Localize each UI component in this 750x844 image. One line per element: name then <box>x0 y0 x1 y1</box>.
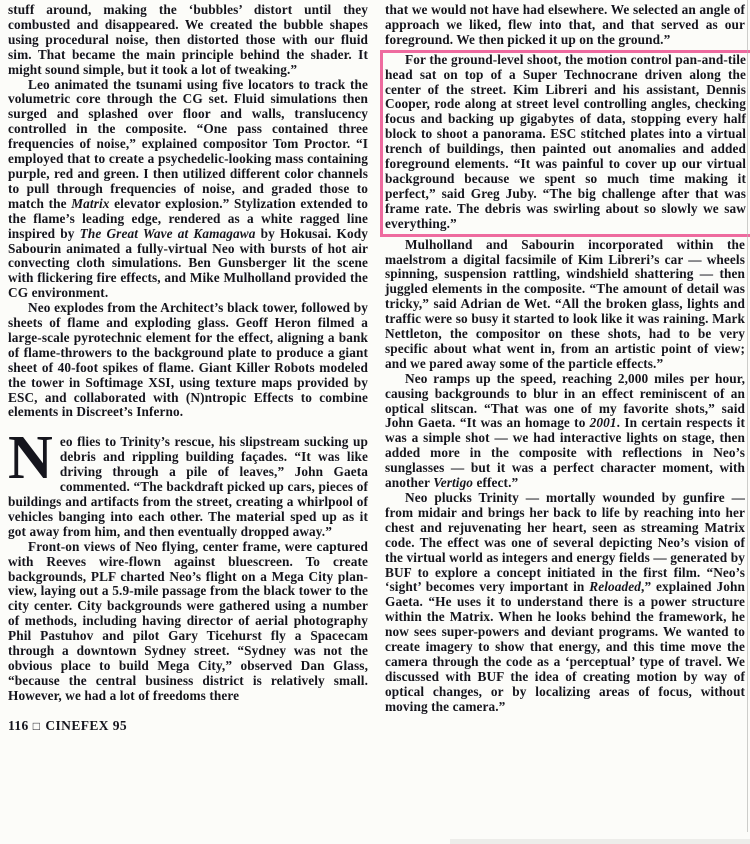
magazine-page: stuff around, making the ‘bubbles’ disto… <box>0 0 750 844</box>
body-text: that we would not have had elsewhere. We… <box>385 2 745 47</box>
body-text: Neo explodes from the Architect’s black … <box>8 300 368 419</box>
body-text: ,” explained John Gaeta. “He uses it to … <box>385 579 745 713</box>
italic-title-text: The Great Wave at Kamagawa <box>80 226 256 241</box>
left-column: stuff around, making the ‘bubbles’ disto… <box>8 3 368 844</box>
italic-title-text: Matrix <box>71 196 109 211</box>
highlight-box: For the ground-level shoot, the motion c… <box>380 50 750 237</box>
scan-bottom-shading <box>450 839 750 844</box>
body-paragraph: Neo explodes from the Architect’s black … <box>8 301 368 420</box>
italic-title-text: Vertigo <box>433 475 473 490</box>
body-paragraph: Front-on views of Neo flying, center fra… <box>8 540 368 704</box>
dropcap-paragraph: Neo flies to Trinity’s rescue, his slips… <box>8 435 368 539</box>
body-paragraph: that we would not have had elsewhere. We… <box>385 3 745 48</box>
square-glyph: □ <box>33 719 41 733</box>
body-text: For the ground-level shoot, the motion c… <box>385 52 746 231</box>
body-paragraph: Mulholland and Sabourin incorporated wit… <box>385 238 745 372</box>
body-paragraph: stuff around, making the ‘bubbles’ disto… <box>8 3 368 78</box>
page-footer: 116□CINEFEX 95 <box>8 718 368 734</box>
italic-title-text: 2001 <box>590 415 617 430</box>
page-number: 116 <box>8 718 29 733</box>
right-column: that we would not have had elsewhere. We… <box>385 3 745 844</box>
body-paragraph: Neo ramps up the speed, reaching 2,000 m… <box>385 372 745 491</box>
body-text: Mulholland and Sabourin incorporated wit… <box>385 237 745 371</box>
body-paragraph: Leo animated the tsunami using five loca… <box>8 78 368 302</box>
dropcap-letter: N <box>8 436 53 480</box>
body-text: eo flies to Trinity’s rescue, his slipst… <box>8 434 368 538</box>
body-text: effect.” <box>473 475 518 490</box>
magazine-title: CINEFEX 95 <box>45 718 127 733</box>
italic-title-text: Reloaded <box>589 579 641 594</box>
body-paragraph: For the ground-level shoot, the motion c… <box>385 53 746 232</box>
scan-page-edge-line <box>747 0 748 832</box>
body-paragraph: Neo plucks Trinity — mortally wounded by… <box>385 491 745 715</box>
body-text: stuff around, making the ‘bubbles’ disto… <box>8 2 368 77</box>
body-text: Leo animated the tsunami using five loca… <box>8 77 368 211</box>
body-text: Front-on views of Neo flying, center fra… <box>8 539 368 703</box>
